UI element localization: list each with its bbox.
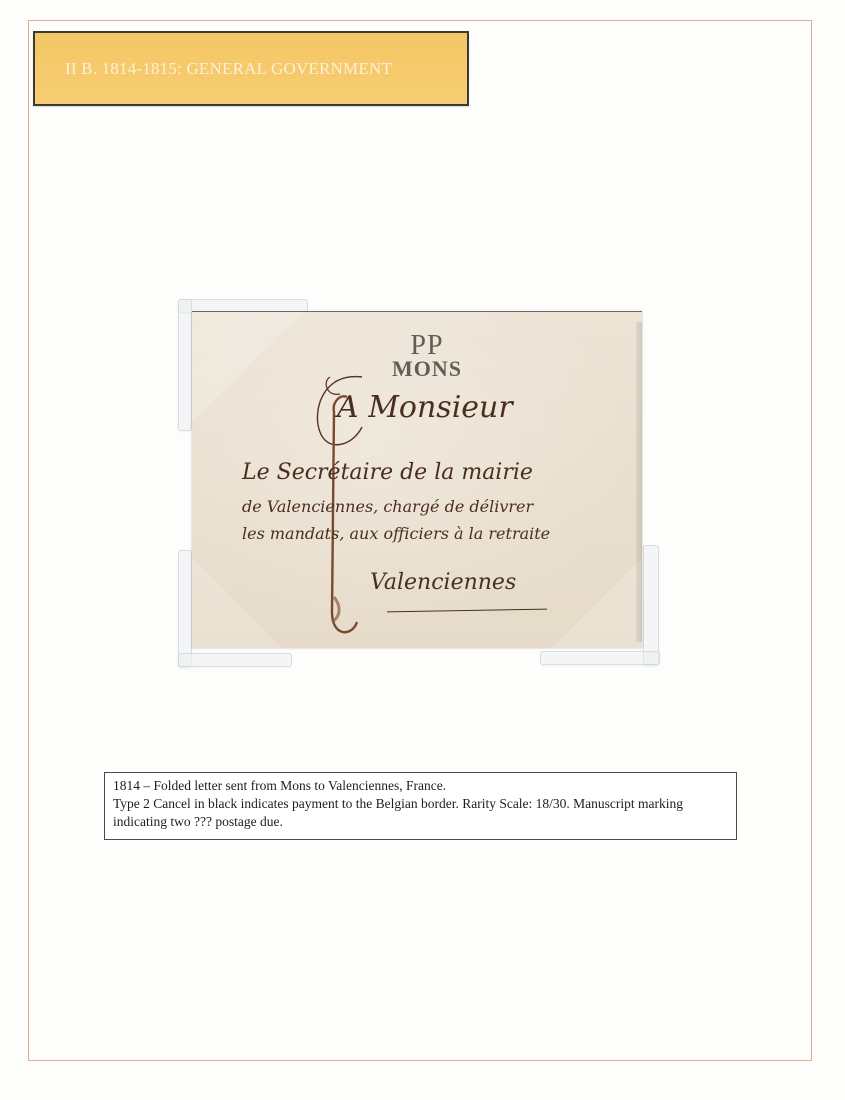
mount-strip-bottom-left: [178, 653, 292, 667]
mount-strip-top-left-vertical: [178, 299, 192, 431]
section-title-banner: II B. 1814-1815: GENERAL GOVERNMENT: [33, 31, 469, 106]
exhibit-caption: 1814 – Folded letter sent from Mons to V…: [104, 772, 737, 840]
address-line-3: les mandats, aux officiers à la retraite: [242, 524, 550, 543]
pp-mons-postmark: PP MONS: [392, 332, 462, 380]
mount-strip-top-left: [178, 299, 308, 313]
caption-line-2: Type 2 Cancel in black indicates payment…: [113, 795, 728, 831]
address-line-2: de Valenciennes, chargé de délivrer: [242, 497, 533, 516]
letter-fold-edge: [636, 322, 642, 642]
mount-strip-bottom-left-vertical: [178, 550, 192, 667]
address-line-1: Le Secrétaire de la mairie: [242, 460, 533, 485]
mount-corner-bottom-right: [552, 558, 642, 648]
address-city: Valenciennes: [370, 570, 516, 595]
mount-corner-bottom-left: [192, 558, 282, 648]
postmark-line-2: MONS: [392, 358, 462, 380]
section-title: II B. 1814-1815: GENERAL GOVERNMENT: [65, 59, 392, 79]
folded-letter-image: PP MONS A Monsieur Le Secrétaire de la m…: [192, 312, 642, 648]
mount-strip-bottom-right-vertical: [643, 545, 659, 665]
mount-corner-top-left: [192, 312, 302, 422]
mount-strip-bottom-right: [540, 651, 660, 665]
address-salutation: A Monsieur: [337, 390, 513, 425]
caption-line-1: 1814 – Folded letter sent from Mons to V…: [113, 777, 728, 795]
city-underline: [387, 609, 547, 613]
